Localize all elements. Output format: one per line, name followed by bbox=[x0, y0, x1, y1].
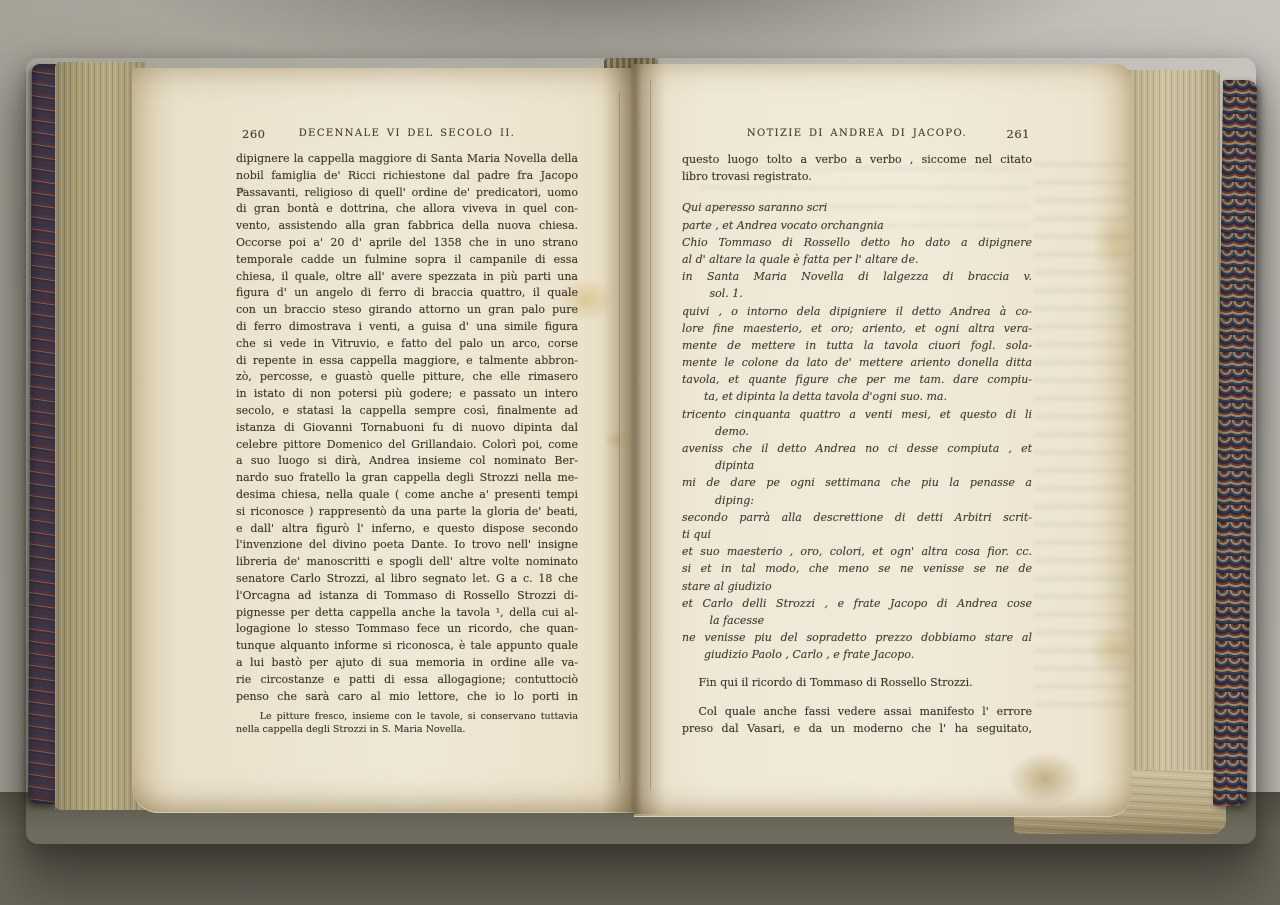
right-page-lines: questo luogo tolto a verbo a verbo , sic… bbox=[682, 151, 1032, 737]
text-line: secondo parrà alla descrettione di detti… bbox=[682, 509, 1032, 526]
text-line: et Carlo delli Strozzi , e frate Jacopo … bbox=[682, 595, 1032, 612]
text-line: di ferro dimostrava i venti, a guisa d' … bbox=[236, 319, 578, 336]
left-page-text: 260 DECENNALE VI DEL SECOLO II. dipigner… bbox=[236, 128, 578, 736]
text-line: temporale cadde un fulmine sopra il camp… bbox=[236, 252, 578, 269]
text-line: lore fine maesterio, et oro; ariento, et… bbox=[682, 320, 1032, 337]
text-line: desima chiesa, nella quale ( come anche … bbox=[236, 487, 578, 504]
text-line: Chio Tommaso di Rossello detto ho dato a… bbox=[682, 234, 1032, 251]
text-line: demo. bbox=[682, 423, 1032, 440]
text-line: istanza di Giovanni Tornabuoni fu di nuo… bbox=[236, 420, 578, 437]
page-stain bbox=[1008, 752, 1082, 806]
text-line: ta, et dipinta la detta tavola d'ogni su… bbox=[682, 388, 1032, 405]
text-line: mente le colone da lato de' mettere arie… bbox=[682, 354, 1032, 371]
text-line: con un braccio steso girando attorno un … bbox=[236, 302, 578, 319]
right-page-number: 261 bbox=[1007, 127, 1030, 141]
right-page-text: NOTIZIE DI ANDREA DI JACOPO. 261 questo … bbox=[682, 128, 1032, 737]
text-line: nardo suo fratello la gran cappella degl… bbox=[236, 470, 578, 487]
text-line: sol. 1. bbox=[682, 285, 1032, 302]
text-line: nobil famiglia de' Ricci richiestone dal… bbox=[236, 168, 578, 185]
ink-showthrough bbox=[1034, 162, 1130, 718]
text-line: e dall' altra figurò l' inferno, e quest… bbox=[236, 521, 578, 538]
text-line: questo luogo tolto a verbo a verbo , sic… bbox=[682, 151, 1032, 168]
left-page-number: 260 bbox=[242, 127, 265, 141]
left-running-head: 260 DECENNALE VI DEL SECOLO II. bbox=[236, 128, 578, 146]
text-line: in istato di non potersi più godere; e p… bbox=[236, 386, 578, 403]
text-line: zò, percosse, e guastò quelle pitture, c… bbox=[236, 369, 578, 386]
text-line: Qui aperesso saranno scri bbox=[682, 199, 1032, 216]
text-line: ne venisse piu del sopradetto prezzo dob… bbox=[682, 629, 1032, 646]
text-line: l'Orcagna ad istanza di Tommaso di Rosse… bbox=[236, 588, 578, 605]
text-line: logagione lo stesso Tommaso fece un rico… bbox=[236, 621, 578, 638]
text-line: libreria de' manoscritti e spogli dell' … bbox=[236, 554, 578, 571]
left-running-head-title: DECENNALE VI DEL SECOLO II. bbox=[236, 128, 578, 139]
text-line: celebre pittore Domenico del Grillandaio… bbox=[236, 437, 578, 454]
text-line: mi de dare pe ogni settimana che piu la … bbox=[682, 474, 1032, 491]
text-line: parte , et Andrea vocato orchangnia bbox=[682, 217, 1032, 234]
text-line: tavola, et quante figure che per me tam.… bbox=[682, 371, 1032, 388]
text-line: giudizio Paolo , Carlo , e frate Jacopo. bbox=[682, 646, 1032, 663]
text-line: senatore Carlo Strozzi, al libro segnato… bbox=[236, 571, 578, 588]
right-running-head: NOTIZIE DI ANDREA DI JACOPO. 261 bbox=[682, 128, 1032, 146]
text-line: preso dal Vasari, e da un moderno che l'… bbox=[682, 720, 1032, 737]
page-crease bbox=[619, 92, 620, 782]
page-stain bbox=[604, 430, 630, 450]
text-line: si et in tal modo, che meno se ne veniss… bbox=[682, 560, 1032, 577]
text-line: quivi , o intorno dela dipigniere il det… bbox=[682, 303, 1032, 320]
text-line: penso che sarà caro al mio lettore, che … bbox=[236, 689, 578, 706]
text-line: nella cappella degli Strozzi in S. Maria… bbox=[236, 724, 578, 737]
left-page-lines: dipignere la cappella maggiore di Santa … bbox=[236, 151, 578, 705]
text-line: a suo luogo si dirà, Andrea insieme col … bbox=[236, 453, 578, 470]
text-line: Col quale anche fassi vedere assai manif… bbox=[682, 703, 1032, 720]
text-line: ti qui bbox=[682, 526, 1032, 543]
text-line: aveniss che il detto Andrea no ci desse … bbox=[682, 440, 1032, 457]
text-line: Passavanti, religioso di quell' ordine d… bbox=[236, 185, 578, 202]
text-line: la facesse bbox=[682, 612, 1032, 629]
text-line: figura d' un angelo di ferro di braccia … bbox=[236, 285, 578, 302]
text-line: pignesse per detta cappella anche la tav… bbox=[236, 605, 578, 622]
page-crease bbox=[650, 80, 651, 790]
right-fore-edge bbox=[1126, 70, 1220, 814]
text-line: rie circostanze e patti di essa allogagi… bbox=[236, 672, 578, 689]
text-line: al d' altare la quale è fatta per l' alt… bbox=[682, 251, 1032, 268]
text-line: libro trovasi registrato. bbox=[682, 168, 1032, 185]
text-line: a lui bastò per ajuto di sua memoria in … bbox=[236, 655, 578, 672]
text-line: secolo, e statasi la cappella sempre cos… bbox=[236, 403, 578, 420]
book-photo: 260 DECENNALE VI DEL SECOLO II. dipigner… bbox=[0, 0, 1280, 905]
text-line: Occorse poi a' 20 d' aprile del 1358 che… bbox=[236, 235, 578, 252]
text-line: che si vede in Vitruvio, e fatto del pal… bbox=[236, 336, 578, 353]
text-line: mente de mettere in tutta la tavola ciuo… bbox=[682, 337, 1032, 354]
text-line: di gran bontà e dottrina, che allora viv… bbox=[236, 201, 578, 218]
text-line: dipinta bbox=[682, 457, 1032, 474]
text-line: l'invenzione del divino poeta Dante. Io … bbox=[236, 537, 578, 554]
text-line: tunque alquanto informe si riconosca, è … bbox=[236, 638, 578, 655]
text-line: chiesa, il quale, oltre all' avere spezz… bbox=[236, 269, 578, 286]
text-line: stare al giudizio bbox=[682, 578, 1032, 595]
text-line: diping: bbox=[682, 492, 1032, 509]
right-running-head-title: NOTIZIE DI ANDREA DI JACOPO. bbox=[682, 128, 1032, 139]
text-line: et suo maesterio , oro, colori, et ogn' … bbox=[682, 543, 1032, 560]
left-page-footnote: Le pitture fresco, insieme con le tavole… bbox=[236, 711, 578, 736]
text-line: Fin qui il ricordo di Tommaso di Rossell… bbox=[682, 674, 1032, 691]
text-line: di repente in essa cappella maggiore, e … bbox=[236, 353, 578, 370]
text-line: Le pitture fresco, insieme con le tavole… bbox=[236, 711, 578, 724]
text-line: in Santa Maria Novella di lalgezza di br… bbox=[682, 268, 1032, 285]
text-line: tricento cinquanta quattro a venti mesi,… bbox=[682, 406, 1032, 423]
text-line: vento, assistendo alla gran fabbrica del… bbox=[236, 218, 578, 235]
text-line: si riconosce ) rappresentò da una parte … bbox=[236, 504, 578, 521]
text-line: dipignere la cappella maggiore di Santa … bbox=[236, 151, 578, 168]
